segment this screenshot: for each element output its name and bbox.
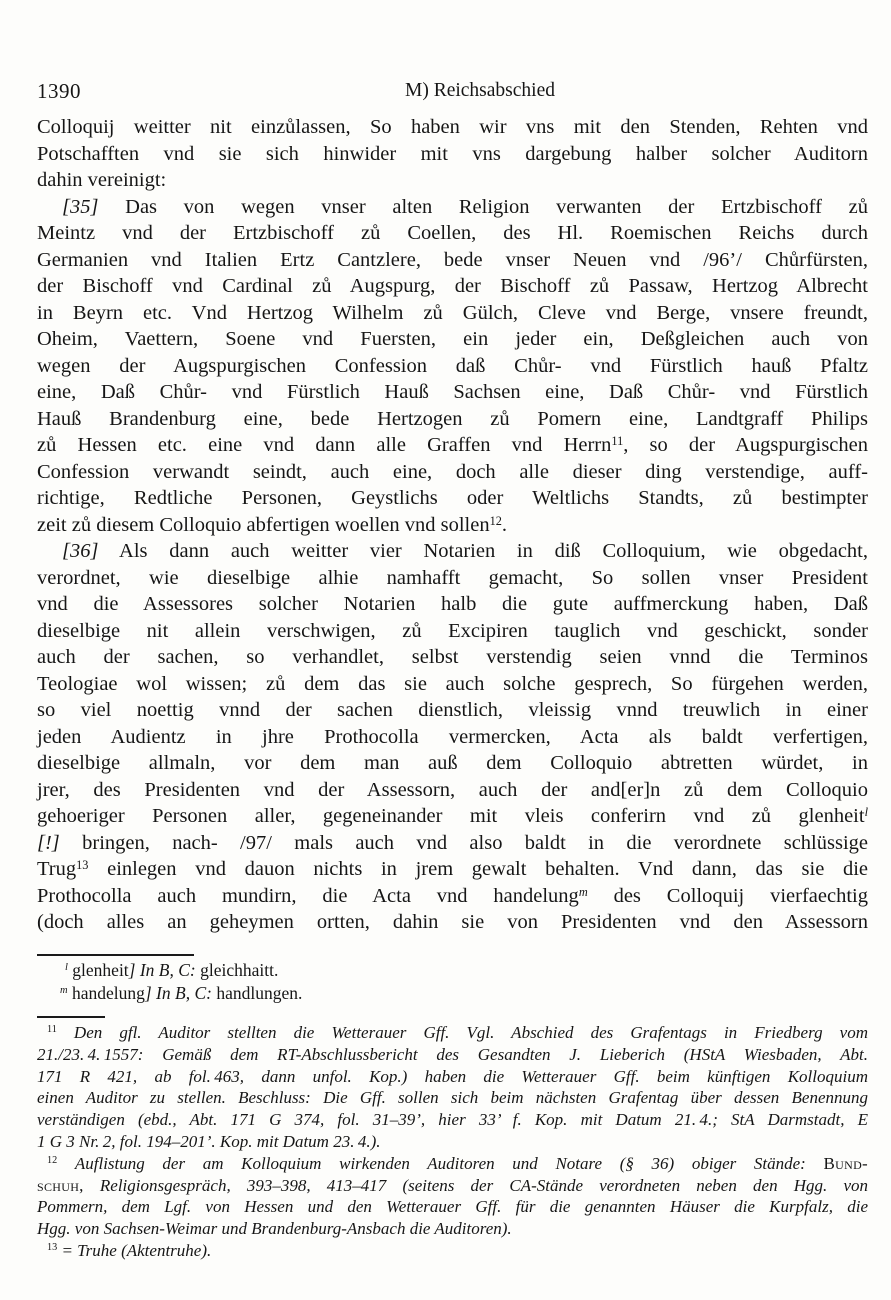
text-line: vnd die Assessores solcher Notarien halb…: [37, 591, 868, 618]
text-line: zů Hessen etc. eine vnd dann alle Graffe…: [37, 432, 868, 459]
text-line: 11 Den gfl. Auditor stellten die Wettera…: [37, 1022, 868, 1044]
text-line: auch der sachen, so verhandlet, selbst v…: [37, 644, 868, 671]
text-line: Hgg. von Sachsen-Weimar und Brandenburg-…: [37, 1218, 868, 1240]
page-number: 1390: [37, 79, 81, 104]
text-line: in Beyrn etc. Vnd Hertzog Wilhelm zů Gül…: [37, 300, 868, 327]
text-line: 13 = Truhe (Aktentruhe).: [37, 1240, 868, 1262]
text-line: richtige, Redtliche Personen, Geystlichs…: [37, 485, 868, 512]
text-line: 1 G 3 Nr. 2, fol. 194–201’. Kop. mit Dat…: [37, 1131, 868, 1153]
critical-apparatus-block: l glenheit] In B, C: gleichhaitt.m hande…: [37, 959, 868, 1004]
text-line: (doch alles an geheymen ortten, dahin si…: [37, 909, 868, 936]
text-line: wegen der Augspurgischen Confession daß …: [37, 353, 868, 380]
text-line: Germanien vnd Italien Ertz Cantzlere, be…: [37, 247, 868, 274]
text-line: dahin vereinigt:: [37, 167, 868, 194]
text-line: Pommern, dem Lgf. von Hessen und den Wet…: [37, 1196, 868, 1218]
text-line: der Bischoff vnd Cardinal zů Augspurg, d…: [37, 273, 868, 300]
text-line: schuh, Religionsgespräch, 393–398, 413–4…: [37, 1175, 868, 1197]
text-line: verständigen (ebd., Abt. 171 G 374, fol.…: [37, 1109, 868, 1131]
text-line: einen Auditor zu stellen. Beschluss: Die…: [37, 1087, 868, 1109]
text-line: Colloquij weitter nit einzůlassen, So ha…: [37, 114, 868, 141]
text-line: Confession verwandt seindt, auch eine, d…: [37, 459, 868, 486]
text-line: 21./23. 4. 1557: Gemäß dem RT-Abschlussb…: [37, 1044, 868, 1066]
page-header: 1390 M) Reichsabschied: [37, 79, 868, 103]
text-line: eine, Daß Chůr- vnd Fürstlich Hauß Sachs…: [37, 379, 868, 406]
text-line: so viel noettig vnnd der sachen dienstli…: [37, 697, 868, 724]
apparatus-separator-rule: [37, 954, 194, 956]
footnotes-block: 11 Den gfl. Auditor stellten die Wettera…: [37, 1022, 868, 1262]
text-line: dieselbige allmaln, vor dem man auß dem …: [37, 750, 868, 777]
text-line: Potschafften vnd sie sich hinwider mit v…: [37, 141, 868, 168]
text-line: 171 R 421, ab fol. 463, dann unfol. Kop.…: [37, 1066, 868, 1088]
footnote-separator-rule: [37, 1016, 105, 1018]
text-line: l glenheit] In B, C: gleichhaitt.: [37, 959, 868, 982]
text-line: [!] bringen, nach- /97/ mals auch vnd al…: [37, 830, 868, 857]
text-line: Oheim, Vaettern, Soene vnd Fuersten, ein…: [37, 326, 868, 353]
main-text-block: Colloquij weitter nit einzůlassen, So ha…: [37, 114, 868, 936]
text-line: Teologiae wol wissen; zů dem das sie auc…: [37, 671, 868, 698]
book-page: 1390 M) Reichsabschied Colloquij weitter…: [0, 0, 891, 1300]
text-line: [35] Das von wegen vnser alten Religion …: [37, 194, 868, 221]
text-line: zeit zů diesem Colloquio abfertigen woel…: [37, 512, 868, 539]
text-line: m handelung] In B, C: handlungen.: [37, 982, 868, 1005]
text-line: jeden Audientz in jhre Prothocolla verme…: [37, 724, 868, 751]
text-line: 12 Auflistung der am Kolloquium wirkende…: [37, 1153, 868, 1175]
running-title: M) Reichsabschied: [405, 80, 555, 102]
text-line: Meintz vnd der Ertzbischoff zů Coellen, …: [37, 220, 868, 247]
text-line: gehoeriger Personen aller, gegeneinander…: [37, 803, 868, 830]
text-line: Prothocolla auch mundirn, die Acta vnd h…: [37, 883, 868, 910]
text-line: Trug13 einlegen vnd dauon nichts in jrem…: [37, 856, 868, 883]
text-line: [36] Als dann auch weitter vier Notarien…: [37, 538, 868, 565]
text-line: verordnet, wie dieselbige alhie namhafft…: [37, 565, 868, 592]
text-line: Hauß Brandenburg eine, bede Hertzogen zů…: [37, 406, 868, 433]
text-line: dieselbige nit allein verschwigen, zů Ex…: [37, 618, 868, 645]
text-line: jrer, des Presidenten vnd der Assessorn,…: [37, 777, 868, 804]
